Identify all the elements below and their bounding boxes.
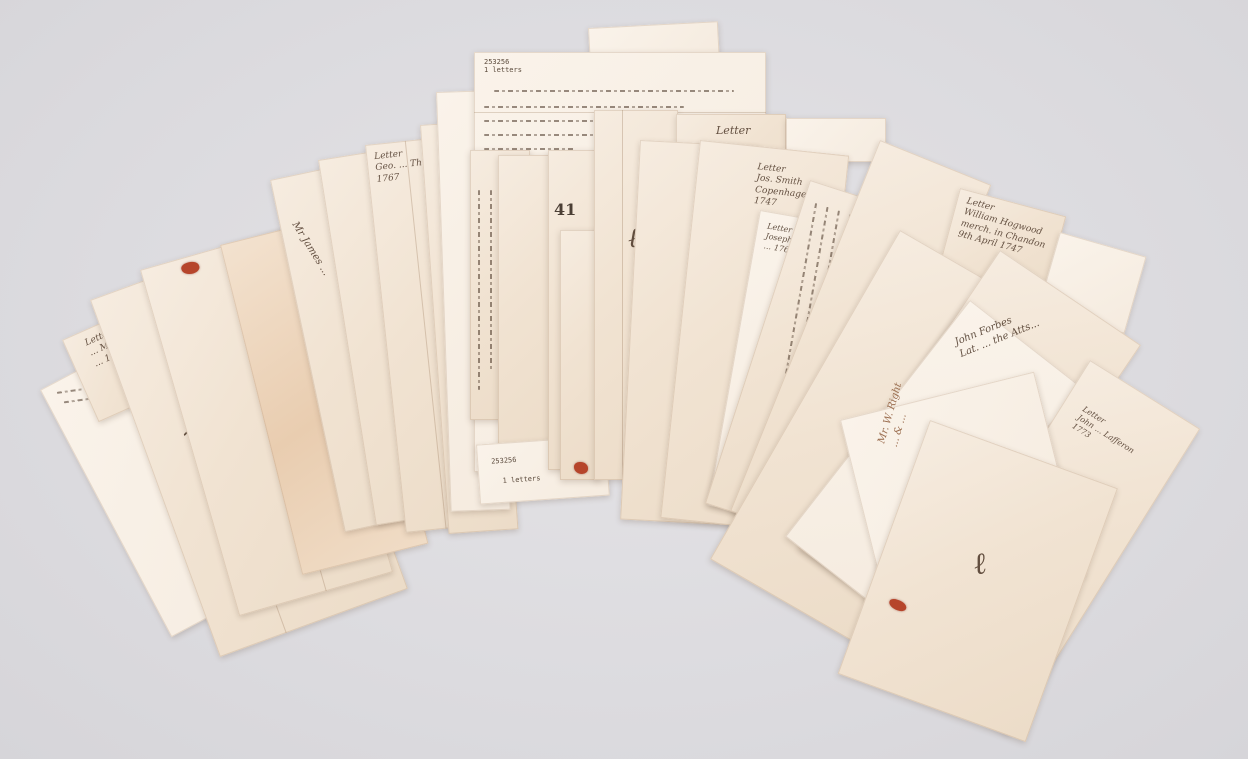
catalog-label: 1 letters: [502, 474, 540, 485]
wax-seal: [180, 260, 201, 276]
wax-seal: [574, 462, 588, 474]
wax-seal: [888, 597, 908, 613]
photo-stage: Letter ... Mar ... ... 1767 ℓ ℓ Mr James…: [0, 0, 1248, 759]
catalog-label: 253256: [491, 456, 517, 466]
docket-text: Letter John ... Lafferon 1773: [1070, 405, 1141, 465]
number-label: 41: [554, 200, 576, 220]
docket-text: Letter: [716, 124, 750, 138]
catalog-label: 253256 1 letters: [484, 58, 522, 75]
address-text: Mr James ...: [288, 220, 331, 279]
